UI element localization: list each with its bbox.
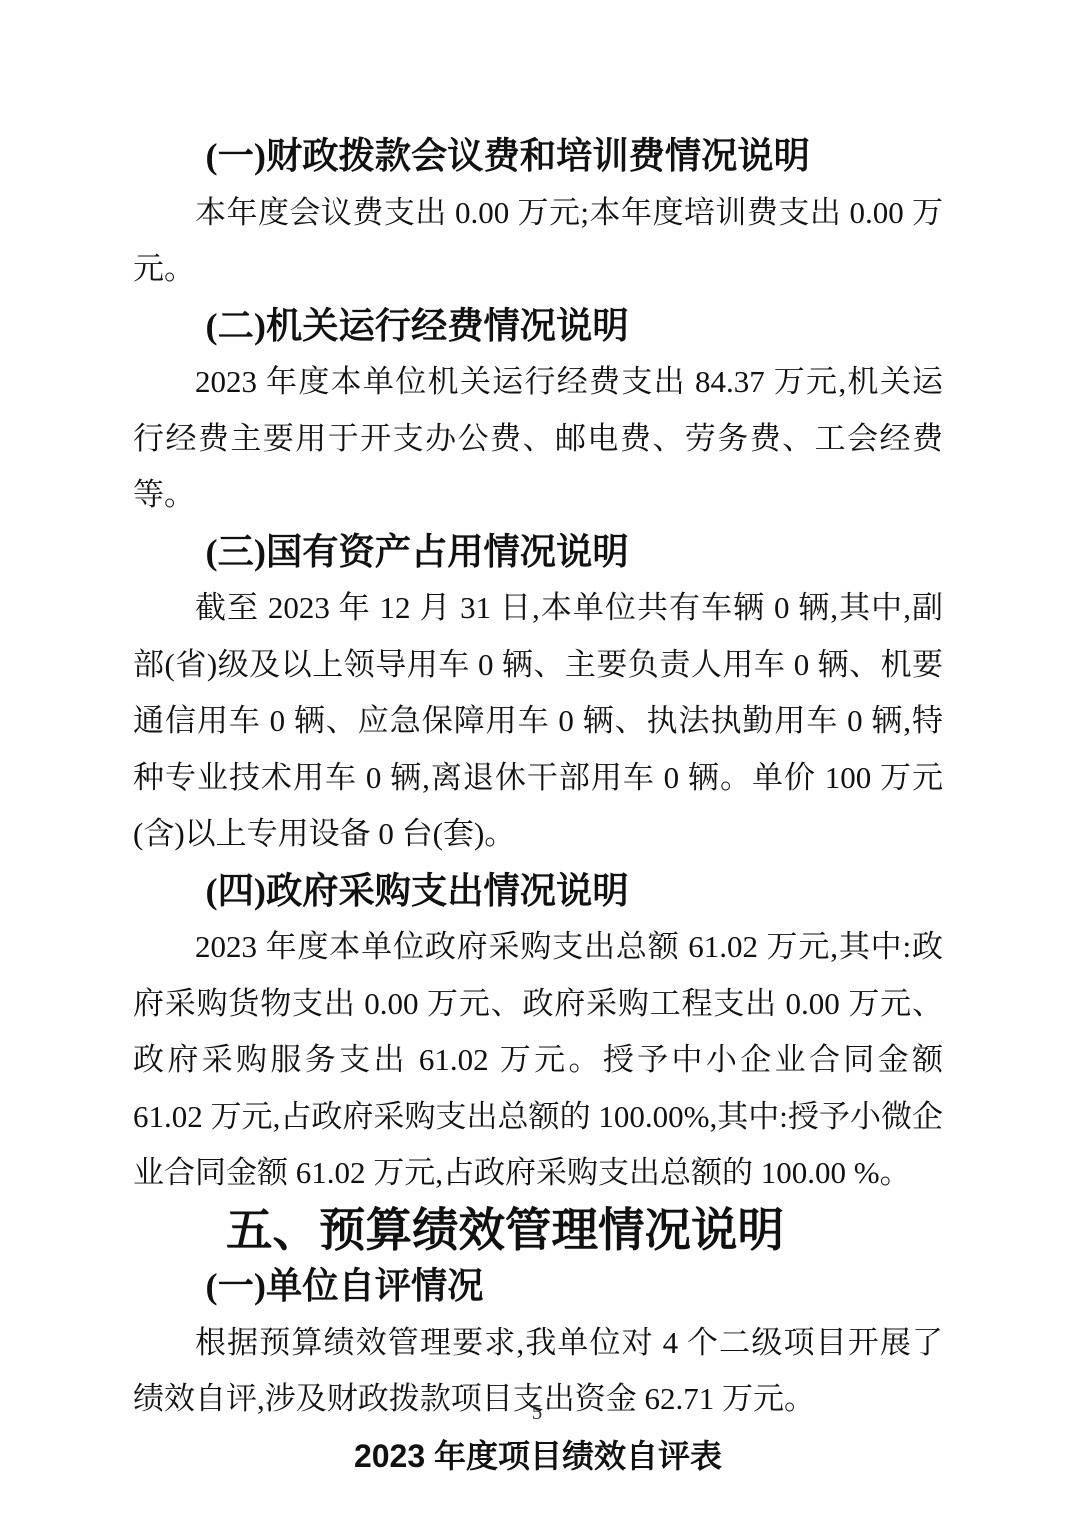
- heading-gov-procurement: (四)政府采购支出情况说明: [133, 863, 943, 920]
- heading-fiscal-meeting-training: (一)财政拨款会议费和培训费情况说明: [133, 128, 943, 185]
- document-body: (一)财政拨款会议费和培训费情况说明 本年度会议费支出 0.00 万元;本年度培…: [133, 128, 943, 1484]
- para-agency-operating-cost: 2023 年度本单位机关运行经费支出 84.37 万元,机关运行经费主要用于开支…: [133, 354, 943, 524]
- page-number: 5: [0, 1400, 1074, 1425]
- heading-budget-performance: 五、预算绩效管理情况说明: [133, 1202, 943, 1259]
- heading-self-evaluation: (一)单位自评情况: [133, 1258, 943, 1315]
- heading-agency-operating-cost: (二)机关运行经费情况说明: [133, 298, 943, 355]
- para-gov-procurement: 2023 年度本单位政府采购支出总额 61.02 万元,其中:政府采购货物支出 …: [133, 919, 943, 1202]
- para-meeting-training-fees: 本年度会议费支出 0.00 万元;本年度培训费支出 0.00 万元。: [133, 185, 943, 298]
- document-page: (一)财政拨款会议费和培训费情况说明 本年度会议费支出 0.00 万元;本年度培…: [0, 0, 1074, 1520]
- heading-state-assets: (三)国有资产占用情况说明: [133, 524, 943, 581]
- para-state-assets: 截至 2023 年 12 月 31 日,本单位共有车辆 0 辆,其中,副部(省)…: [133, 580, 943, 863]
- table-title-performance-self-evaluation: 2023 年度项目绩效自评表: [133, 1428, 943, 1485]
